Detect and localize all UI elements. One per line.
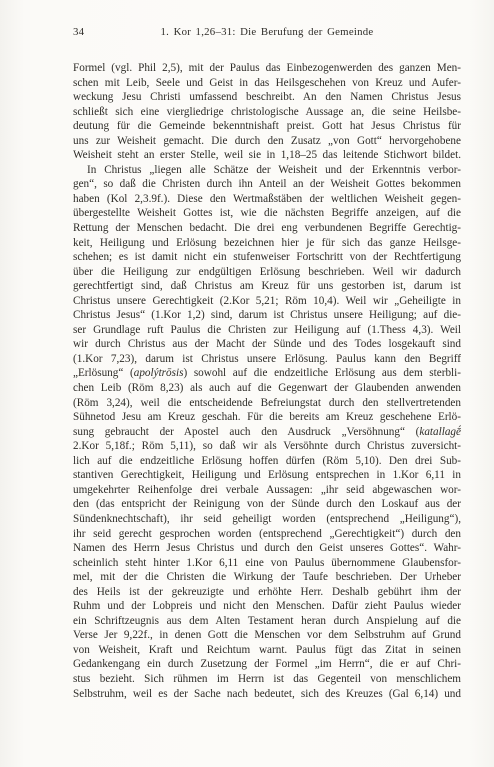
text-line: ihr seid gerecht gesprochen worden (ents… bbox=[73, 527, 461, 542]
text-line: uns zur Weisheit gemacht. Die durch den … bbox=[73, 134, 461, 149]
text-line: „Erlösung“ (apolýtrōsis) sowohl auf die … bbox=[73, 366, 461, 381]
text-line: (Röm 3,24), weil die entscheidende Befre… bbox=[73, 396, 461, 411]
text-line: schehen; es ist damit nicht ein stufenwe… bbox=[73, 250, 461, 265]
text-line: In Christus „liegen alle Schätze der Wei… bbox=[73, 163, 461, 178]
text-line: wir durch Christus aus der Macht der Sün… bbox=[73, 337, 461, 352]
text-line: schen mit Leib, Seele und Geist in das H… bbox=[73, 76, 461, 91]
text-segment: deutung für die Gemeinde bekenntnishaft … bbox=[73, 120, 461, 132]
italic-term: katallagḗ bbox=[419, 426, 461, 438]
text-segment: sung gebraucht der Apostel auch den Ausd… bbox=[73, 426, 419, 438]
text-segment: scheinlich steht hinter 1.Kor 6,11 eine … bbox=[73, 557, 461, 569]
text-line: Gedankengang ein durch Zusetzung der For… bbox=[73, 657, 461, 672]
text-segment: Selbstruhm, weil es der Sache nach bedeu… bbox=[73, 688, 461, 700]
text-line: Sühnetod Jesu am Kreuz geschah. Für die … bbox=[73, 410, 461, 425]
text-segment: umgekehrter Reihenfolge drei verbale Aus… bbox=[73, 484, 461, 496]
text-line: Sündenknechtschaft), ihr seid geheiligt … bbox=[73, 512, 461, 527]
text-segment: mel, mit der die Christen die Wirkung de… bbox=[73, 571, 461, 583]
text-line: chen Leib (Röm 8,23) als auch auf die Ge… bbox=[73, 381, 461, 396]
text-segment: haben (Kol 2,3.9f.). Diese den Wertmaßst… bbox=[73, 193, 461, 205]
text-segment: (1.Kor 7,23), darum ist Christus unsere … bbox=[73, 353, 461, 365]
text-line: sung gebraucht der Apostel auch den Ausd… bbox=[73, 425, 461, 440]
text-segment: Verse Jer 9,22f., in denen Gott die Mens… bbox=[73, 629, 461, 641]
text-segment: weckung Jesu Christi umfassend beschreib… bbox=[73, 91, 461, 103]
text-line: Selbstruhm, weil es der Sache nach bedeu… bbox=[73, 687, 461, 702]
text-segment: ) sowohl auf die endzeitliche Erlösung a… bbox=[183, 367, 461, 379]
text-line: Christus Jesus“ (1.Kor 1,2) sind, darum … bbox=[73, 308, 461, 323]
text-line: umgekehrter Reihenfolge drei verbale Aus… bbox=[73, 483, 461, 498]
text-line: deutung für die Gemeinde bekenntnishaft … bbox=[73, 119, 461, 134]
text-line: ser Grundlage ruft Paulus die Christen z… bbox=[73, 323, 461, 338]
text-segment: lich auf die endzeitliche Erlösung hoffe… bbox=[73, 455, 461, 467]
book-page: 34 1. Kor 1,26–31: Die Berufung der Geme… bbox=[0, 0, 494, 767]
text-segment: von Weisheit, Kraft und Reichtum warnt. … bbox=[73, 644, 461, 656]
text-segment: Sühnetod Jesu am Kreuz geschah. Für die … bbox=[73, 411, 461, 423]
text-segment: Namen des Herrn Jesus Christus und durch… bbox=[73, 542, 461, 554]
text-line: ein Schriftzeugnis aus dem Alten Testame… bbox=[73, 614, 461, 629]
text-segment: gen“, so daß die Christen durch ihn Ante… bbox=[73, 178, 461, 190]
text-segment: über die Heiligung zur endgültigen Erlös… bbox=[73, 266, 461, 278]
text-segment: stus bezieht. Sich rühmen im Herrn ist d… bbox=[73, 673, 461, 685]
text-line: Verse Jer 9,22f., in denen Gott die Mens… bbox=[73, 628, 461, 643]
text-segment: Christus Jesus“ (1.Kor 1,2) sind, darum … bbox=[73, 309, 461, 321]
text-segment: wir durch Christus aus der Macht der Sün… bbox=[73, 338, 461, 350]
text-segment: Christus unsere Gerechtigkeit (2.Kor 5,2… bbox=[73, 295, 461, 307]
text-segment: Sündenknechtschaft), ihr seid geheiligt … bbox=[73, 513, 461, 525]
text-segment: Gedankengang ein durch Zusetzung der For… bbox=[73, 658, 461, 670]
text-line: weckung Jesu Christi umfassend beschreib… bbox=[73, 90, 461, 105]
text-line: Ruhm und der Lobpreis und nicht den Mens… bbox=[73, 599, 461, 614]
text-line: (1.Kor 7,23), darum ist Christus unsere … bbox=[73, 352, 461, 367]
text-line: übergestellte Weisheit Gottes ist, wie d… bbox=[73, 206, 461, 221]
text-line: Christus unsere Gerechtigkeit (2.Kor 5,2… bbox=[73, 294, 461, 309]
text-line: Weisheit steht an erster Stelle, weil si… bbox=[73, 148, 461, 163]
text-segment: schließt sich eine viergliedrige christo… bbox=[73, 106, 461, 118]
running-header: 34 1. Kor 1,26–31: Die Berufung der Geme… bbox=[73, 26, 461, 41]
text-segment: des Heils ist der gekreuzigte und erhöht… bbox=[73, 586, 461, 598]
text-segment: chen Leib (Röm 8,23) als auch auf die Ge… bbox=[73, 382, 461, 394]
text-segment: Formel (vgl. Phil 2,5), mit der Paulus d… bbox=[73, 62, 461, 74]
text-line: stantiven Gerechtigkeit, Heiligung und E… bbox=[73, 468, 461, 483]
text-segment: stantiven Gerechtigkeit, Heiligung und E… bbox=[73, 469, 461, 481]
text-line: gen“, so daß die Christen durch ihn Ante… bbox=[73, 177, 461, 192]
text-segment: schehen; es ist damit nicht ein stufenwe… bbox=[73, 251, 461, 263]
text-segment: (Röm 3,24), weil die entscheidende Befre… bbox=[73, 397, 461, 409]
text-line: mel, mit der die Christen die Wirkung de… bbox=[73, 570, 461, 585]
text-segment: Rettung der Menschen bedacht. Die drei e… bbox=[73, 222, 461, 234]
text-line: haben (Kol 2,3.9f.). Diese den Wertmaßst… bbox=[73, 192, 461, 207]
text-segment: den (das entspricht der Reinigung von de… bbox=[73, 498, 461, 510]
running-head-title: 1. Kor 1,26–31: Die Berufung der Gemeind… bbox=[73, 26, 461, 38]
text-segment: ser Grundlage ruft Paulus die Christen z… bbox=[73, 324, 461, 336]
text-segment: Weisheit steht an erster Stelle, weil si… bbox=[73, 149, 461, 161]
body-text: Formel (vgl. Phil 2,5), mit der Paulus d… bbox=[73, 61, 461, 701]
text-line: 2.Kor 5,18f.; Röm 5,11), so daß wir als … bbox=[73, 439, 461, 454]
text-segment: übergestellte Weisheit Gottes ist, wie d… bbox=[73, 207, 461, 219]
text-line: lich auf die endzeitliche Erlösung hoffe… bbox=[73, 454, 461, 469]
text-line: den (das entspricht der Reinigung von de… bbox=[73, 497, 461, 512]
text-segment: 2.Kor 5,18f.; Röm 5,11), so daß wir als … bbox=[73, 440, 461, 452]
text-segment: schen mit Leib, Seele und Geist in das H… bbox=[73, 77, 461, 89]
text-segment: keit, Heiligung und Erlösung bezeichnen … bbox=[73, 237, 461, 249]
page-number: 34 bbox=[73, 26, 84, 38]
text-line: gerechtfertigt sind, daß Christus am Kre… bbox=[73, 279, 461, 294]
text-segment: In Christus „liegen alle Schätze der Wei… bbox=[87, 164, 461, 176]
text-line: scheinlich steht hinter 1.Kor 6,11 eine … bbox=[73, 556, 461, 571]
text-segment: „Erlösung“ ( bbox=[73, 367, 134, 379]
text-line: stus bezieht. Sich rühmen im Herrn ist d… bbox=[73, 672, 461, 687]
text-line: Namen des Herrn Jesus Christus und durch… bbox=[73, 541, 461, 556]
text-line: des Heils ist der gekreuzigte und erhöht… bbox=[73, 585, 461, 600]
text-segment: gerechtfertigt sind, daß Christus am Kre… bbox=[73, 280, 461, 292]
text-line: über die Heiligung zur endgültigen Erlös… bbox=[73, 265, 461, 280]
text-line: schließt sich eine viergliedrige christo… bbox=[73, 105, 461, 120]
text-line: Rettung der Menschen bedacht. Die drei e… bbox=[73, 221, 461, 236]
text-segment: ein Schriftzeugnis aus dem Alten Testame… bbox=[73, 615, 461, 627]
italic-term: apolýtrōsis bbox=[134, 367, 184, 379]
text-segment: ihr seid gerecht gesprochen worden (ents… bbox=[73, 528, 461, 540]
text-line: Formel (vgl. Phil 2,5), mit der Paulus d… bbox=[73, 61, 461, 76]
text-line: von Weisheit, Kraft und Reichtum warnt. … bbox=[73, 643, 461, 658]
text-line: keit, Heiligung und Erlösung bezeichnen … bbox=[73, 236, 461, 251]
text-segment: Ruhm und der Lobpreis und nicht den Mens… bbox=[73, 600, 461, 612]
text-segment: uns zur Weisheit gemacht. Die durch den … bbox=[73, 135, 461, 147]
